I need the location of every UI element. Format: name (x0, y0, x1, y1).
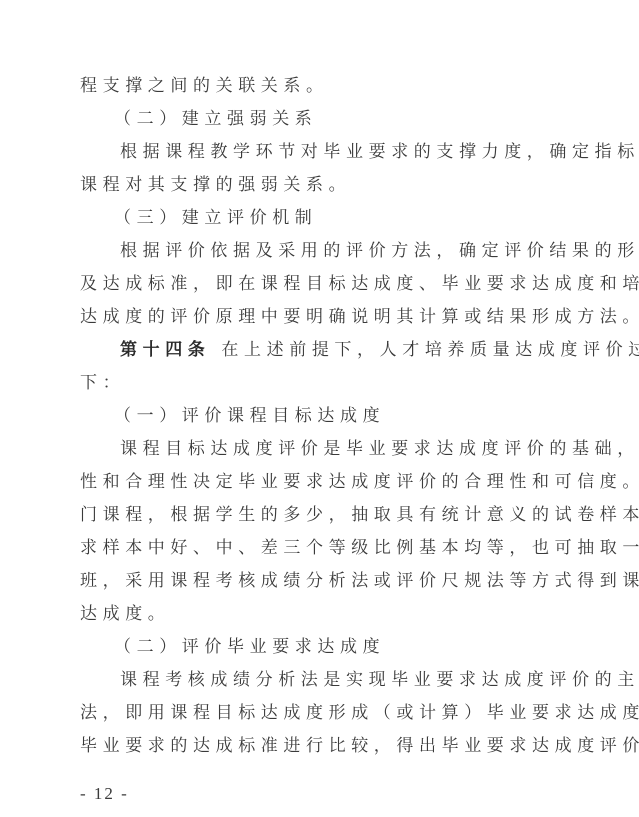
paragraph-line: 毕业要求的达成标准进行比较，得出毕业要求达成度评价结果。 (80, 730, 564, 763)
document-page: 程支撑之间的关联关系。 （二）建立强弱关系 根据课程教学环节对毕业要求的支撑力度… (0, 0, 639, 817)
document-body: 程支撑之间的关联关系。 （二）建立强弱关系 根据课程教学环节对毕业要求的支撑力度… (80, 70, 564, 763)
paragraph-line: 达成度的评价原理中要明确说明其计算或结果形成方法。 (80, 301, 564, 334)
paragraph-line: 程支撑之间的关联关系。 (80, 70, 564, 103)
article-line: 第十四条 在上述前提下，人才培养质量达成度评价过程如 (80, 334, 564, 367)
paragraph-line: 班，采用课程考核成绩分析法或评价尺规法等方式得到课程目标 (80, 565, 564, 598)
paragraph-line: 达成度。 (80, 598, 564, 631)
section-heading: （一）评价课程目标达成度 (80, 400, 564, 433)
paragraph-line: 课程目标达成度评价是毕业要求达成度评价的基础，其可靠 (80, 433, 564, 466)
paragraph-line: 性和合理性决定毕业要求达成度评价的合理性和可信度。针对每 (80, 466, 564, 499)
article-label: 第十四条 (120, 340, 210, 360)
paragraph-line: 课程考核成绩分析法是实现毕业要求达成度评价的主要方 (80, 664, 564, 697)
section-heading: （二）评价毕业要求达成度 (80, 631, 564, 664)
paragraph-line: 门课程，根据学生的多少，抽取具有统计意义的试卷样本数，要 (80, 499, 564, 532)
paragraph-line: 课程对其支撑的强弱关系。 (80, 169, 564, 202)
section-heading: （二）建立强弱关系 (80, 103, 564, 136)
paragraph-line: 法，即用课程目标达成度形成（或计算）毕业要求达成度，并与 (80, 697, 564, 730)
section-heading: （三）建立评价机制 (80, 202, 564, 235)
page-number: - 12 - (80, 784, 129, 804)
paragraph-line: 根据评价依据及采用的评价方法，确定评价结果的形成过程 (80, 235, 564, 268)
paragraph-line: 下： (80, 367, 564, 400)
paragraph-line: 求样本中好、中、差三个等级比例基本均等，也可抽取一个教学 (80, 532, 564, 565)
article-text: 在上述前提下，人才培养质量达成度评价过程如 (221, 340, 639, 360)
paragraph-line: 及达成标准，即在课程目标达成度、毕业要求达成度和培养目标 (80, 268, 564, 301)
paragraph-line: 根据课程教学环节对毕业要求的支撑力度，确定指标点中各 (80, 136, 564, 169)
